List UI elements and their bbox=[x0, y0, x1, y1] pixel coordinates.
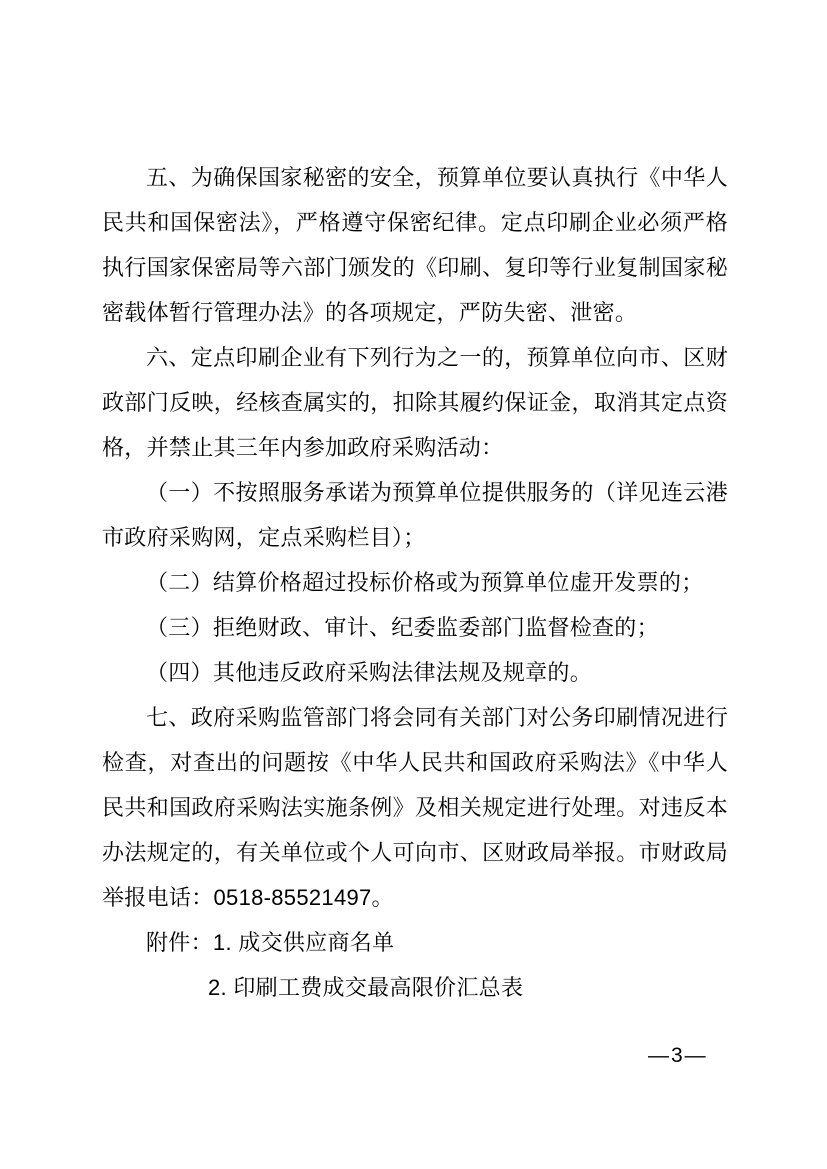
paragraph-item-5: 五、为确保国家秘密的安全，预算单位要认真执行《中华人民共和国保密法》，严格遵守保… bbox=[102, 155, 728, 335]
attachment-item-2: 2. 印刷工费成交最高限价汇总表 bbox=[102, 965, 728, 1010]
paragraph-item-6-3: （三）拒绝财政、审计、纪委监委部门监督检查的； bbox=[102, 605, 728, 650]
document-body: 五、为确保国家秘密的安全，预算单位要认真执行《中华人民共和国保密法》，严格遵守保… bbox=[102, 155, 728, 1010]
paragraph-item-6-2: （二）结算价格超过投标价格或为预算单位虚开发票的； bbox=[102, 560, 728, 605]
attachments-label: 附件： bbox=[146, 930, 213, 955]
paragraph-item-7: 七、政府采购监管部门将会同有关部门对公务印刷情况进行检查，对查出的问题按《中华人… bbox=[102, 695, 728, 920]
paragraph-item-6-4: （四）其他违反政府采购法律法规及规章的。 bbox=[102, 650, 728, 695]
attachments-block: 附件：1. 成交供应商名单 2. 印刷工费成交最高限价汇总表 bbox=[102, 920, 728, 1010]
document-page: 五、为确保国家秘密的安全，预算单位要认真执行《中华人民共和国保密法》，严格遵守保… bbox=[0, 0, 827, 1169]
page-number: —3— bbox=[648, 1040, 708, 1072]
paragraph-item-6: 六、定点印刷企业有下列行为之一的，预算单位向市、区财政部门反映，经核查属实的，扣… bbox=[102, 335, 728, 470]
paragraph-item-6-1: （一）不按照服务承诺为预算单位提供服务的（详见连云港市政府采购网，定点采购栏目）… bbox=[102, 470, 728, 560]
attachments-line-1: 附件：1. 成交供应商名单 bbox=[102, 920, 728, 965]
attachment-item-1: 1. 成交供应商名单 bbox=[213, 930, 394, 955]
